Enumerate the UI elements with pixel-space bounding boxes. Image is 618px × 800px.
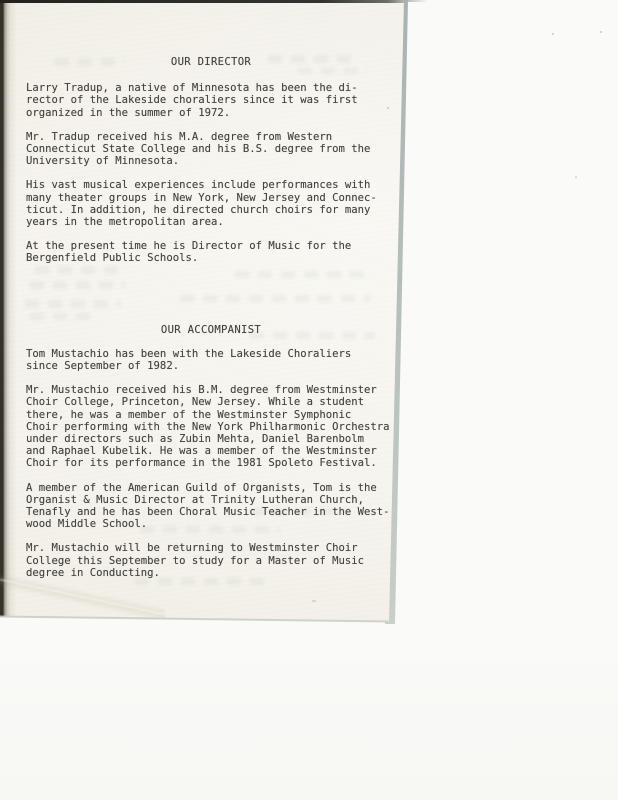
para-accompanist-3: A member of the American Guild of Organi… (26, 482, 396, 531)
scanned-program-scan: OUR DIRECTOR Larry Tradup, a native of M… (0, 0, 618, 800)
dust-speck (552, 33, 554, 35)
para-director-2: Mr. Tradup received his M.A. degree from… (26, 131, 396, 168)
scanned-program-page: OUR DIRECTOR Larry Tradup, a native of M… (0, 0, 618, 800)
page-content: OUR DIRECTOR Larry Tradup, a native of M… (26, 0, 396, 591)
para-accompanist-4: Mr. Mustachio will be returning to Westm… (26, 542, 396, 579)
para-accompanist-1: Tom Mustachio has been with the Lakeside… (26, 348, 396, 372)
dust-speck (387, 107, 389, 109)
dust-speck (575, 176, 577, 178)
para-accompanist-2: Mr. Mustachio received his B.M. degree f… (26, 384, 396, 469)
heading-our-director: OUR DIRECTOR (26, 56, 396, 68)
para-director-1: Larry Tradup, a native of Minnesota has … (26, 82, 396, 119)
heading-our-accompanist: OUR ACCOMPANIST (26, 324, 396, 336)
para-director-4: At the present time he is Director of Mu… (26, 240, 396, 264)
dust-speck (312, 600, 316, 602)
binding-gutter-shadow (0, 0, 18, 620)
para-director-3: His vast musical experiences include per… (26, 179, 396, 228)
dust-speck (600, 31, 602, 33)
scan-top-edge-fade (404, 0, 428, 2)
